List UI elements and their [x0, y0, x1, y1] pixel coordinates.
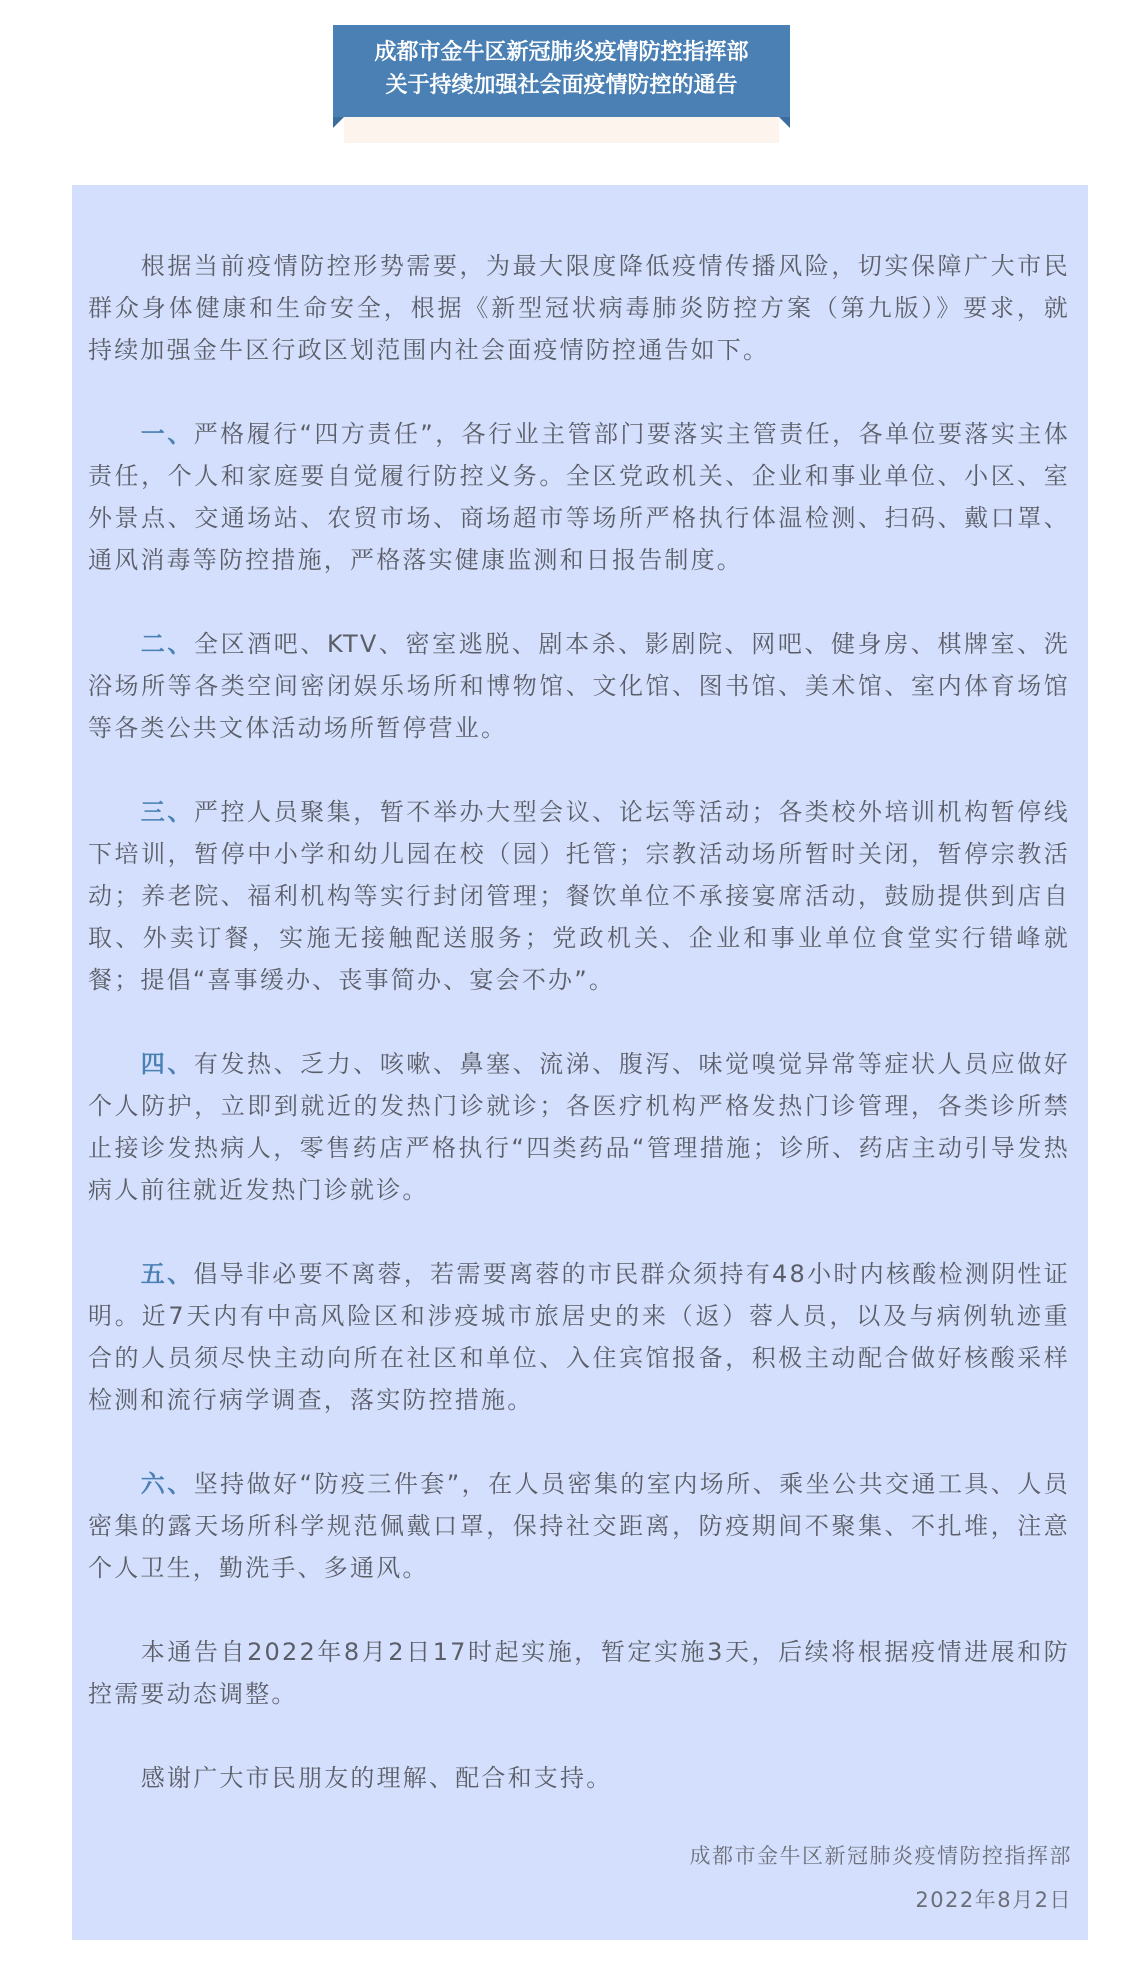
title-line-2: 关于持续加强社会面疫情防控的通告: [333, 69, 790, 102]
title-line-1: 成都市金牛区新冠肺炎疫情防控指挥部: [333, 36, 790, 69]
ribbon-fold-left: [333, 117, 344, 128]
item-5: 五、倡导非必要不离蓉，若需要离蓉的市民群众须持有48小时内核酸检测阴性证明。近7…: [88, 1253, 1070, 1421]
ribbon-shadow-strip: [344, 117, 779, 143]
item-text: 倡导非必要不离蓉，若需要离蓉的市民群众须持有48小时内核酸检测阴性证明。近7天内…: [88, 1260, 1070, 1414]
notice-panel: 根据当前疫情防控形势需要，为最大限度降低疫情传播风险，切实保障广大市民群众身体健…: [72, 185, 1088, 1940]
item-3: 三、严控人员聚集，暂不举办大型会议、论坛等活动；各类校外培训机构暂停线下培训，暂…: [88, 791, 1070, 1001]
item-text: 严格履行“四方责任”，各行业主管部门要落实主管责任，各单位要落实主体责任，个人和…: [88, 420, 1070, 574]
item-1: 一、严格履行“四方责任”，各行业主管部门要落实主管责任，各单位要落实主体责任，个…: [88, 413, 1070, 581]
item-number: 六、: [141, 1470, 194, 1498]
notice-body: 根据当前疫情防控形势需要，为最大限度降低疫情传播风险，切实保障广大市民群众身体健…: [88, 245, 1070, 1841]
item-2: 二、全区酒吧、KTV、密室逃脱、剧本杀、影剧院、网吧、健身房、棋牌室、洗浴场所等…: [88, 623, 1070, 749]
item-text: 全区酒吧、KTV、密室逃脱、剧本杀、影剧院、网吧、健身房、棋牌室、洗浴场所等各类…: [88, 630, 1070, 742]
item-text: 坚持做好“防疫三件套”，在人员密集的室内场所、乘坐公共交通工具、人员密集的露天场…: [88, 1470, 1070, 1582]
intro-paragraph: 根据当前疫情防控形势需要，为最大限度降低疫情传播风险，切实保障广大市民群众身体健…: [88, 245, 1070, 371]
item-4: 四、有发热、乏力、咳嗽、鼻塞、流涕、腹泻、味觉嗅觉异常等症状人员应做好个人防护，…: [88, 1043, 1070, 1211]
page-title: 成都市金牛区新冠肺炎疫情防控指挥部 关于持续加强社会面疫情防控的通告: [333, 25, 790, 102]
signature-block: 成都市金牛区新冠肺炎疫情防控指挥部 2022年8月2日: [690, 1835, 1073, 1923]
signature-date: 2022年8月2日: [690, 1879, 1073, 1921]
item-6: 六、坚持做好“防疫三件套”，在人员密集的室内场所、乘坐公共交通工具、人员密集的露…: [88, 1463, 1070, 1589]
item-number: 五、: [141, 1260, 194, 1288]
item-number: 二、: [141, 630, 194, 658]
thanks-paragraph: 感谢广大市民朋友的理解、配合和支持。: [88, 1757, 1070, 1799]
item-number: 四、: [141, 1050, 194, 1078]
title-ribbon: 成都市金牛区新冠肺炎疫情防控指挥部 关于持续加强社会面疫情防控的通告: [333, 25, 790, 143]
ribbon-fold-right: [779, 117, 790, 128]
effective-paragraph: 本通告自2022年8月2日17时起实施，暂定实施3天，后续将根据疫情进展和防控需…: [88, 1631, 1070, 1715]
item-number: 一、: [141, 420, 194, 448]
signature-org: 成都市金牛区新冠肺炎疫情防控指挥部: [690, 1835, 1073, 1877]
item-text: 有发热、乏力、咳嗽、鼻塞、流涕、腹泻、味觉嗅觉异常等症状人员应做好个人防护，立即…: [88, 1050, 1070, 1204]
item-number: 三、: [141, 798, 194, 826]
item-text: 严控人员聚集，暂不举办大型会议、论坛等活动；各类校外培训机构暂停线下培训，暂停中…: [88, 798, 1070, 994]
